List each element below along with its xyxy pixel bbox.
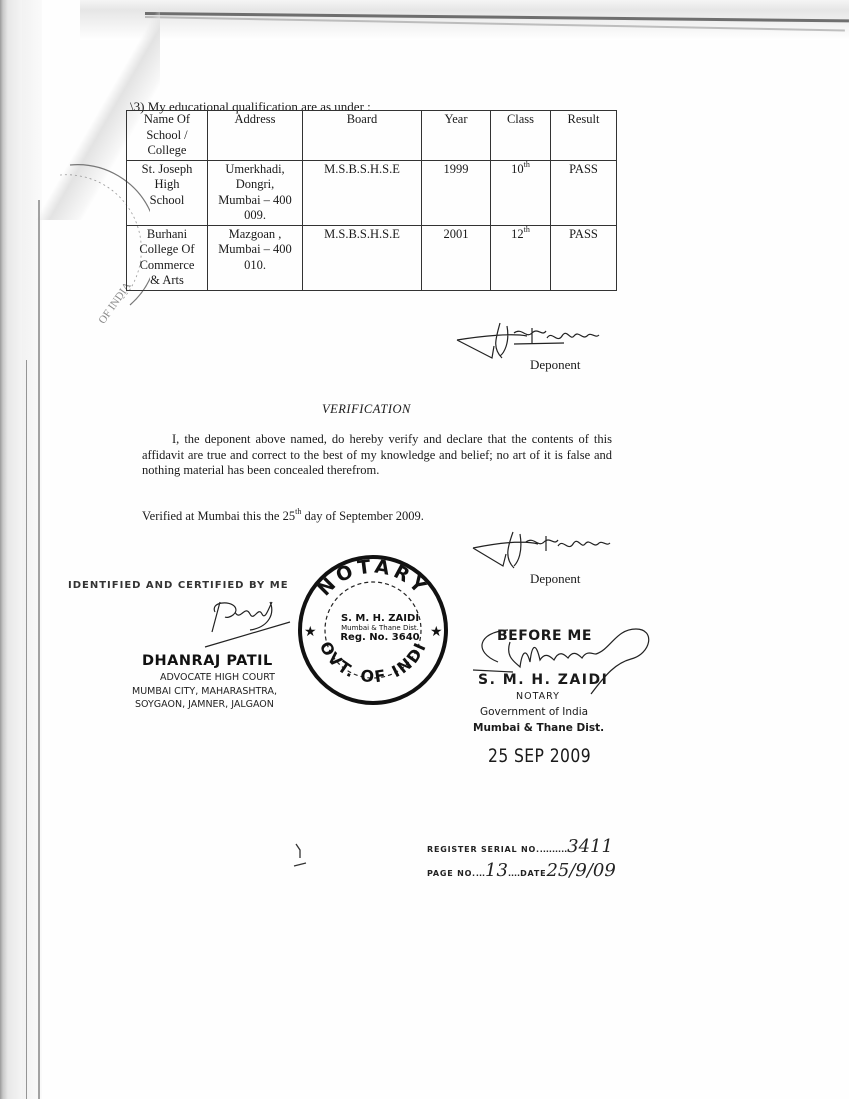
cell-text: St. Joseph <box>130 162 204 178</box>
before-me-label: BEFORE ME <box>497 628 592 644</box>
register-page-label: PAGE NO. <box>427 869 476 878</box>
class-suffix: th <box>524 225 530 234</box>
cell-result: PASS <box>551 225 617 290</box>
table-row: Burhani College Of Commerce & Arts Mazgo… <box>127 225 617 290</box>
header-name: Name Of School / College <box>127 111 208 161</box>
cell-text: Mumbai – 400 <box>211 242 299 258</box>
svg-text:★: ★ <box>304 625 317 640</box>
class-suffix: th <box>524 160 530 169</box>
cell-text: High <box>130 177 204 193</box>
cell-text: Mazgoan , <box>211 227 299 243</box>
cell-text: Commerce <box>130 258 204 274</box>
svg-text:NOTARY: NOTARY <box>313 556 432 601</box>
class-number: 10 <box>511 162 524 176</box>
advocate-location-1: MUMBAI CITY, MAHARASHTRA, <box>132 686 277 697</box>
stray-ink-mark <box>292 840 312 870</box>
register-serial-value: 3411 <box>567 836 613 857</box>
register-serial-line: REGISTER SERIAL NO..........3411 <box>427 836 613 857</box>
cell-year: 1999 <box>422 160 491 225</box>
advocate-name: DHANRAJ PATIL <box>142 653 273 669</box>
header-board: Board <box>303 111 422 161</box>
deponent-label: Deponent <box>530 571 581 587</box>
register-page-line: PAGE NO....13....DATE25/9/09 <box>427 860 616 881</box>
cell-text: 009. <box>211 208 299 224</box>
advocate-signature <box>195 592 295 652</box>
cell-address: Umerkhadi, Dongri, Mumbai – 400 009. <box>208 160 303 225</box>
class-number: 12 <box>511 227 524 241</box>
verified-line: Verified at Mumbai this the 25th day of … <box>142 509 424 524</box>
header-text: Name Of <box>130 112 204 128</box>
register-page-value: 13 <box>485 860 508 881</box>
verification-text: I, the deponent above named, do hereby v… <box>142 432 612 477</box>
advocate-location-2: SOYGAON, JAMNER, JALGAON <box>135 699 274 710</box>
register-date-value: 25/9/09 <box>546 860 615 881</box>
cell-board: M.S.B.S.H.S.E <box>303 160 422 225</box>
seal-center: S. M. H. ZAIDI Mumbai & Thane Dist. Reg.… <box>326 613 434 643</box>
register-serial-label: REGISTER SERIAL NO. <box>427 845 540 854</box>
seal-reg-no: Reg. No. 3640 <box>326 632 434 643</box>
cell-school: St. Joseph High School <box>127 160 208 225</box>
notary-name: S. M. H. ZAIDI <box>478 672 608 688</box>
header-class: Class <box>491 111 551 161</box>
cell-text: Mumbai – 400 <box>211 193 299 209</box>
header-address: Address <box>208 111 303 161</box>
education-table: Name Of School / College Address Board Y… <box>126 110 617 291</box>
verification-body: I, the deponent above named, do hereby v… <box>142 432 612 479</box>
advocate-title: ADVOCATE HIGH COURT <box>160 672 275 683</box>
cell-result: PASS <box>551 160 617 225</box>
cell-address: Mazgoan , Mumbai – 400 010. <box>208 225 303 290</box>
notary-district: Mumbai & Thane Dist. <box>473 722 604 734</box>
register-date-label: DATE <box>520 869 546 878</box>
seal-district: Mumbai & Thane Dist. <box>326 624 434 632</box>
notary-government: Government of India <box>480 706 588 718</box>
cell-text: Burhani <box>130 227 204 243</box>
verified-suffix: day of September 2009. <box>301 509 424 523</box>
table-row: St. Joseph High School Umerkhadi, Dongri… <box>127 160 617 225</box>
header-result: Result <box>551 111 617 161</box>
header-text: College <box>130 143 204 159</box>
cell-text: School <box>130 193 204 209</box>
cell-board: M.S.B.S.H.S.E <box>303 225 422 290</box>
cell-class: 10th <box>491 160 551 225</box>
cell-text: & Arts <box>130 273 204 289</box>
cell-text: Umerkhadi, <box>211 162 299 178</box>
deponent-label: Deponent <box>530 357 581 373</box>
seal-top-text: NOTARY <box>313 556 432 601</box>
cell-text: 010. <box>211 258 299 274</box>
cell-text: Dongri, <box>211 177 299 193</box>
table-header-row: Name Of School / College Address Board Y… <box>127 111 617 161</box>
notary-date-stamp: 25 SEP 2009 <box>488 745 591 767</box>
header-text: School / <box>130 128 204 144</box>
fold-line <box>38 200 40 1099</box>
header-year: Year <box>422 111 491 161</box>
notary-title: NOTARY <box>516 691 560 702</box>
fold-line-2 <box>26 360 27 1099</box>
cell-school: Burhani College Of Commerce & Arts <box>127 225 208 290</box>
cell-year: 2001 <box>422 225 491 290</box>
seal-name: S. M. H. ZAIDI <box>326 613 434 624</box>
verification-title: VERIFICATION <box>322 402 411 417</box>
verified-prefix: Verified at Mumbai this the 25 <box>142 509 295 523</box>
advocate-stamp-heading: IDENTIFIED AND CERTIFIED BY ME <box>68 580 289 591</box>
cell-class: 12th <box>491 225 551 290</box>
cell-text: College Of <box>130 242 204 258</box>
